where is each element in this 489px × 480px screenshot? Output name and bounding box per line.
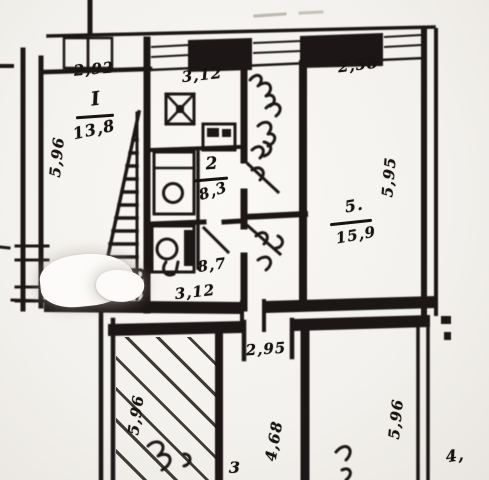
stairwell-number-label: I	[81, 86, 112, 112]
left-exterior-wall	[0, 50, 41, 309]
room3-number-label: 3	[222, 458, 248, 477]
sink-icon	[154, 152, 194, 214]
vent-grid-icon	[166, 94, 194, 124]
floor-plan-scan: 2,92 I 13,8 5,96 3,12 2 8,3 8,7 3,12 2,5…	[0, 0, 489, 480]
kitchen-number-label: 2	[197, 153, 226, 175]
